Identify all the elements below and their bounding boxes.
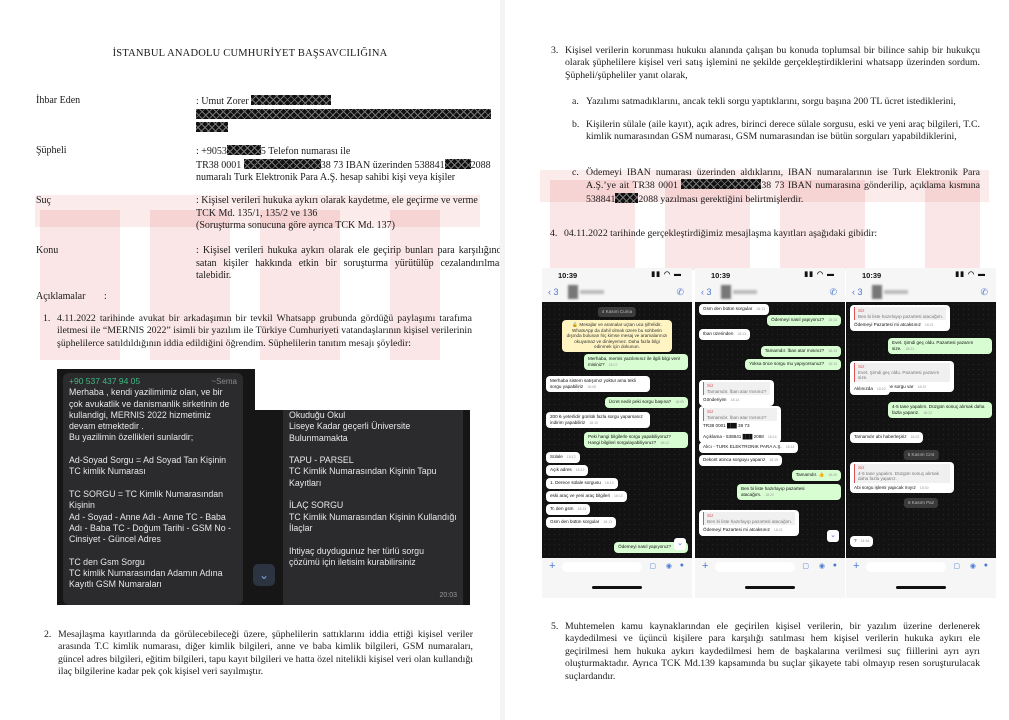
- chat-header: ‹ 3✆: [846, 284, 996, 302]
- microphone-icon[interactable]: ●: [984, 562, 988, 569]
- chat-message-in: Sülale18:12: [546, 452, 580, 463]
- chat-message-out: Ödemeyi nasıl yapıyoruz?18:13: [767, 315, 841, 326]
- plus-icon[interactable]: +: [549, 560, 555, 572]
- chat-message-out: Ben bi liste hazırlayıp pazartesi atacağ…: [737, 484, 841, 500]
- chat-message-in: Iban üzerinden18:13: [699, 329, 750, 340]
- status-bar: 10:39▮▮ ◠ ▬: [542, 268, 692, 284]
- chat-message-in: Aklınızda18:22: [850, 384, 890, 395]
- chat-message-out: Tamamdır. İban atar mısınız?18:13: [761, 346, 841, 357]
- chat-message-out: Yoksa önce sorgu mu yapıyorsunuz?18:13: [745, 359, 841, 370]
- document-page-1: İSTANBUL ANADOLU CUMHURİYET BAŞSAVCILIĞI…: [0, 0, 500, 720]
- blurred-contact-name: [733, 290, 757, 294]
- chat-message-in: ?14:16: [850, 536, 873, 547]
- quoted-message: SizBen bi liste hazırlayıp pazartesi ata…: [854, 307, 946, 320]
- item-3: 3. Kişisel verilerin korunması hukuku al…: [565, 45, 980, 82]
- item-1: 1. 4.11.2022 tarihinde avukat bir arkada…: [57, 313, 472, 350]
- promo-message-part-1: +90 537 437 94 05 ~Sema Merhaba , kendi …: [63, 373, 243, 605]
- chat-screenshot-2: 10:39▮▮ ◠ ▬‹ 3✆Gsm den bütün sorgular18:…: [695, 268, 845, 598]
- document-page-2: 3. Kişisel verilerin korunması hukuku al…: [505, 0, 1009, 720]
- item-3b: b. Kişilerin sülale (aile kayıt), açık a…: [586, 119, 980, 144]
- chat-message-in: SizTamamdır. İban atar mısınız?TR38 0001…: [699, 406, 781, 443]
- redacted-block: [681, 179, 761, 189]
- item-3c: c. Ödemeyi IBAN numarası üzerinden aldık…: [586, 167, 980, 206]
- chat-message-in: Dekont atınca sorguyu yaparız18:15: [699, 455, 782, 466]
- quoted-message: SizBen bi liste hazırlayıp pazartesi ata…: [703, 512, 795, 525]
- call-icon[interactable]: ✆: [676, 287, 684, 298]
- chat-message-in: Alıcı - TURK ELEKTRONIK PARA A.Ş.18:14: [699, 442, 798, 453]
- status-bar: 10:39▮▮ ◠ ▬: [695, 268, 845, 284]
- chat-screenshot-3: 10:39▮▮ ◠ ▬‹ 3✆SizBen bi liste hazırlayı…: [846, 268, 996, 598]
- home-indicator: [592, 586, 642, 589]
- status-bar: 10:39▮▮ ◠ ▬: [846, 268, 996, 284]
- item-4: 4. 04.11.2022 tarihinde gerçekleştirdiği…: [564, 228, 979, 240]
- message-input-bar: +▢◉●: [846, 558, 996, 576]
- chat-message-in: eski araç ve yeni araç bilgileri18:13: [546, 491, 627, 502]
- chat-message-in: 200 ₺ yeterlidir günlük fazla sorgu yapa…: [546, 412, 650, 428]
- camera-icon[interactable]: ◉: [666, 562, 672, 570]
- message-input[interactable]: [866, 562, 946, 572]
- chat-message-in: SizTamamdır. İban atar mısınız?Gönderiyi…: [699, 380, 774, 406]
- redacted-block: [615, 193, 638, 203]
- chat-header: ‹ 3✆: [695, 284, 845, 302]
- chat-message-in: Tc den gsm18:13: [546, 504, 590, 515]
- promo-message-screenshot: +90 537 437 94 05 ~Sema Merhaba , kendi …: [57, 369, 470, 605]
- quoted-message: Siz4-5 tane yapalım. Düzgün sonuç alırsa…: [854, 464, 950, 483]
- chat-message-out: Tamamdır. 👍18:20: [792, 470, 841, 481]
- microphone-icon[interactable]: ●: [680, 562, 684, 569]
- signal-wifi-battery-icon: ▮▮ ◠ ▬: [651, 270, 682, 278]
- chat-message-date: 4 Kasım Cuma: [598, 307, 636, 317]
- chat-message-in: Merhaba sistem satışımız yoktur ama tekl…: [546, 376, 650, 392]
- blurred-avatar: [568, 285, 578, 299]
- redacted-block: [244, 159, 321, 169]
- chat-message-in: Siz4-5 tane yapalım. Düzgün sonuç alırsa…: [850, 462, 954, 493]
- signal-wifi-battery-icon: ▮▮ ◠ ▬: [804, 270, 835, 278]
- item-5: 5. Muhtemelen kamu kaynaklarından ele ge…: [565, 621, 980, 683]
- sticker-icon[interactable]: ▢: [649, 562, 656, 570]
- chat-message-out: Ücret nedir peki sorgu başına?18:09: [605, 397, 688, 408]
- scroll-down-icon[interactable]: ⌄: [827, 530, 839, 542]
- chat-area: SizBen bi liste hazırlayıp pazartesi ata…: [846, 302, 996, 558]
- quoted-message: SizEvet. Şimdi geç oldu. Pazartesi yazar…: [854, 363, 950, 382]
- chat-message-sys: 🔒 Mesajlar ve aramalar uçtan uca şifreli…: [562, 320, 672, 352]
- chat-message-in: SizBen bi liste hazırlayıp pazartesi ata…: [850, 305, 950, 331]
- item-2: 2. Mesajlaşma kayıtlarında da görülecebi…: [58, 629, 473, 679]
- call-icon[interactable]: ✆: [980, 287, 988, 298]
- microphone-icon[interactable]: ●: [833, 562, 837, 569]
- chat-message-in: Gsm den bütün sorgular18:13: [546, 517, 616, 528]
- redacted-block: [196, 122, 228, 132]
- scroll-down-icon[interactable]: ⌄: [674, 538, 686, 550]
- redacted-block: [445, 159, 471, 169]
- complainant-name: : Umut Zorer: [196, 96, 249, 107]
- chat-message-out: Merhaba, mernis yazılımınız ile ilgili b…: [584, 354, 688, 370]
- blurred-contact-name: [884, 290, 908, 294]
- message-input-bar: +▢◉●: [695, 558, 845, 576]
- chat-message-date: 6 Kasım Paz: [904, 498, 938, 508]
- chat-message-in: Açık adres18:12: [546, 465, 588, 476]
- chat-message-in: Gsm den bütün sorgular18:13: [699, 304, 769, 315]
- chat-area: 4 Kasım Cuma🔒 Mesajlar ve aramalar uçtan…: [542, 302, 692, 558]
- back-icon[interactable]: ‹ 3: [852, 287, 863, 297]
- chat-message-in: SizBen bi liste hazırlayıp pazartesi ata…: [699, 510, 799, 536]
- message-input[interactable]: [562, 562, 642, 572]
- sticker-icon[interactable]: ▢: [802, 562, 809, 570]
- chat-screenshot-1: 10:39▮▮ ◠ ▬‹ 3✆4 Kasım Cuma🔒 Mesajlar ve…: [542, 268, 692, 598]
- document-title: İSTANBUL ANADOLU CUMHURİYET BAŞSAVCILIĞI…: [0, 48, 500, 59]
- home-indicator: [745, 586, 795, 589]
- chat-message-out: Peki hangi bilgilerle sorgu yapabiliyoru…: [584, 432, 688, 448]
- chat-message-out: Evet. Şimdi geç oldu. Pazartesi yazarım …: [888, 338, 992, 354]
- chat-message-date: 5 Kasım Cmt: [904, 450, 939, 460]
- camera-icon[interactable]: ◉: [819, 562, 825, 570]
- blurred-contact-name: [580, 290, 604, 294]
- redacted-block: [251, 95, 331, 105]
- scroll-down-icon: ⌄: [253, 564, 275, 586]
- back-icon[interactable]: ‹ 3: [548, 287, 559, 297]
- message-input[interactable]: [715, 562, 795, 572]
- chat-message-in: 1. Derece sülale sorgusu18:13: [546, 478, 618, 489]
- back-icon[interactable]: ‹ 3: [701, 287, 712, 297]
- chat-message-out: 4-5 tane yapalım. Düzgün sonuç alırsak d…: [888, 402, 992, 418]
- quoted-message: SizTamamdır. İban atar mısınız?: [703, 382, 770, 395]
- redacted-block: [227, 145, 261, 155]
- chat-header: ‹ 3✆: [542, 284, 692, 302]
- camera-icon[interactable]: ◉: [970, 562, 976, 570]
- quoted-message: SizTamamdır. İban atar mısınız?: [703, 408, 777, 421]
- chat-message-in: Tamamdır abi haberleşiriz18:23: [850, 432, 923, 443]
- promo-message-part-2: Okuduğu Okul Liseye Kadar geçerli Üniver…: [283, 410, 463, 605]
- sticker-icon[interactable]: ▢: [953, 562, 960, 570]
- plus-icon[interactable]: +: [853, 560, 859, 572]
- call-icon[interactable]: ✆: [829, 287, 837, 298]
- redacted-block: [196, 109, 491, 119]
- blurred-avatar: [721, 285, 731, 299]
- home-indicator: [896, 586, 946, 589]
- signal-wifi-battery-icon: ▮▮ ◠ ▬: [955, 270, 986, 278]
- blurred-avatar: [872, 285, 882, 299]
- plus-icon[interactable]: +: [702, 560, 708, 572]
- chat-area: Gsm den bütün sorgular18:13Ödemeyi nasıl…: [695, 302, 845, 558]
- message-input-bar: +▢◉●: [542, 558, 692, 576]
- item-3a: a. Yazılımı satmadıklarını, ancak tekli …: [586, 96, 980, 108]
